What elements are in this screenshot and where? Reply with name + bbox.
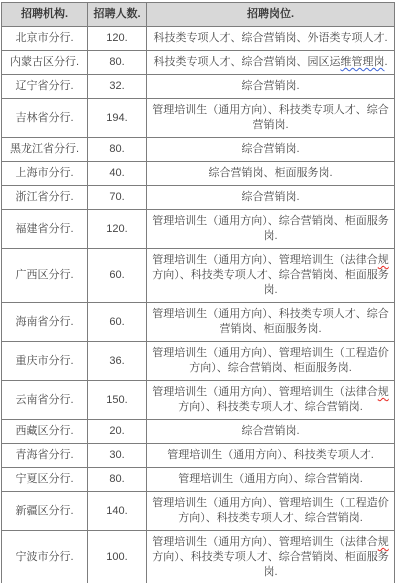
count-cell: 60. <box>88 303 147 342</box>
positions-cell: 管理培训生（通用方向）、科技类专项人才. <box>147 444 395 468</box>
spellcheck-wavy-underline-text: 规 <box>378 254 389 266</box>
count-cell: 80. <box>88 468 147 492</box>
positions-text: 管理培训生（通用方向）、管理培训生（法律合 <box>152 536 378 548</box>
table-row-beijing: 北京市分行. 120. 科技类专项人才、综合营销岗、外语类专项人才. <box>2 27 395 51</box>
count-cell: 80. <box>88 51 147 75</box>
positions-text: 科技类专项人才、综合营销岗、园区运 <box>153 56 340 68</box>
column-header-count: 招聘人数. <box>88 3 147 27</box>
table-row-ningxia: 宁夏区分行. 80. 管理培训生（通用方向）、综合营销岗. <box>2 468 395 492</box>
positions-cell: 管理培训生（通用方向）、科技类专项人才、综合营销岗、柜面服务岗. <box>147 303 395 342</box>
org-cell: 广西区分行. <box>2 249 88 303</box>
count-cell: 60. <box>88 249 147 303</box>
positions-cell: 综合营销岗. <box>147 75 395 99</box>
positions-text: 方向）、科技类专项人才、综合营销岗. <box>178 401 363 413</box>
table-row-jilin: 吉林省分行. 194. 管理培训生（通用方向）、科技类专项人才、综合营销岗. <box>2 99 395 138</box>
org-cell: 青海省分行. <box>2 444 88 468</box>
table-row-heilongjiang: 黑龙江省分行. 80. 综合营销岗. <box>2 138 395 162</box>
table-row-liaoning: 辽宁省分行. 32. 综合营销岗. <box>2 75 395 99</box>
count-cell: 80. <box>88 138 147 162</box>
org-cell: 宁夏区分行. <box>2 468 88 492</box>
table-row-hainan: 海南省分行. 60. 管理培训生（通用方向）、科技类专项人才、综合营销岗、柜面服… <box>2 303 395 342</box>
table-row-xizang: 西藏区分行. 20. 综合营销岗. <box>2 420 395 444</box>
org-cell: 新疆区分行. <box>2 492 88 531</box>
table-row-chongqing: 重庆市分行. 36. 管理培训生（通用方向）、管理培训生（工程造价方向）、综合营… <box>2 342 395 381</box>
positions-text: . <box>384 56 387 68</box>
table-row-xinjiang: 新疆区分行. 140. 管理培训生（通用方向）、管理培训生（工程造价方向）、科技… <box>2 492 395 531</box>
count-cell: 194. <box>88 99 147 138</box>
count-cell: 36. <box>88 342 147 381</box>
count-cell: 140. <box>88 492 147 531</box>
spellcheck-wavy-underline-text: 规 <box>378 386 389 398</box>
positions-cell: 综合营销岗. <box>147 138 395 162</box>
positions-cell: 综合营销岗. <box>147 186 395 210</box>
positions-text: 管理培训生（通用方向）、管理培训生（法律合 <box>152 254 378 266</box>
recruitment-table: 招聘机构. 招聘人数. 招聘岗位. 北京市分行. 120. 科技类专项人才、综合… <box>1 2 395 583</box>
org-cell: 黑龙江省分行. <box>2 138 88 162</box>
org-cell: 云南省分行. <box>2 381 88 420</box>
positions-cell: 综合营销岗. <box>147 420 395 444</box>
org-cell: 海南省分行. <box>2 303 88 342</box>
positions-cell: 管理培训生（通用方向）、综合营销岗、柜面服务岗. <box>147 210 395 249</box>
positions-cell: 管理培训生（通用方向）、管理培训生（法律合规方向）、科技类专项人才、综合营销岗. <box>147 381 395 420</box>
org-cell: 吉林省分行. <box>2 99 88 138</box>
column-header-positions: 招聘岗位. <box>147 3 395 27</box>
count-cell: 70. <box>88 186 147 210</box>
grammar-wavy-underline-text: 维管理岗 <box>340 56 384 68</box>
column-header-org: 招聘机构. <box>2 3 88 27</box>
positions-cell: 管理培训生（通用方向）、管理培训生（法律合规方向）、科技类专项人才、综合营销岗、… <box>147 249 395 303</box>
table-row-yunnan: 云南省分行. 150. 管理培训生（通用方向）、管理培训生（法律合规方向）、科技… <box>2 381 395 420</box>
org-cell: 内蒙古区分行. <box>2 51 88 75</box>
table-row-ningbo: 宁波市分行. 100. 管理培训生（通用方向）、管理培训生（法律合规方向）、科技… <box>2 531 395 583</box>
table-row-fujian: 福建省分行. 120. 管理培训生（通用方向）、综合营销岗、柜面服务岗. <box>2 210 395 249</box>
table-body: 北京市分行. 120. 科技类专项人才、综合营销岗、外语类专项人才. 内蒙古区分… <box>2 27 395 583</box>
positions-cell: 管理培训生（通用方向）、管理培训生（工程造价方向）、科技类专项人才、综合营销岗. <box>147 492 395 531</box>
count-cell: 120. <box>88 210 147 249</box>
positions-cell: 科技类专项人才、综合营销岗、园区运维管理岗. <box>147 51 395 75</box>
count-cell: 32. <box>88 75 147 99</box>
table-header: 招聘机构. 招聘人数. 招聘岗位. <box>2 3 395 27</box>
org-cell: 上海市分行. <box>2 162 88 186</box>
count-cell: 100. <box>88 531 147 583</box>
org-cell: 福建省分行. <box>2 210 88 249</box>
positions-text: 管理培训生（通用方向）、管理培训生（法律合 <box>152 386 378 398</box>
org-cell: 北京市分行. <box>2 27 88 51</box>
positions-text: 方向）、科技类专项人才、综合营销岗、柜面服务岗. <box>152 551 389 578</box>
count-cell: 150. <box>88 381 147 420</box>
positions-text: 方向）、科技类专项人才、综合营销岗、柜面服务岗. <box>152 269 389 296</box>
count-cell: 30. <box>88 444 147 468</box>
table-row-qinghai: 青海省分行. 30. 管理培训生（通用方向）、科技类专项人才. <box>2 444 395 468</box>
table-row-zhejiang: 浙江省分行. 70. 综合营销岗. <box>2 186 395 210</box>
positions-cell: 管理培训生（通用方向）、管理培训生（法律合规方向）、科技类专项人才、综合营销岗、… <box>147 531 395 583</box>
org-cell: 宁波市分行. <box>2 531 88 583</box>
org-cell: 浙江省分行. <box>2 186 88 210</box>
table-row-neimenggu: 内蒙古区分行. 80. 科技类专项人才、综合营销岗、园区运维管理岗. <box>2 51 395 75</box>
table-row-guangxi: 广西区分行. 60. 管理培训生（通用方向）、管理培训生（法律合规方向）、科技类… <box>2 249 395 303</box>
positions-cell: 管理培训生（通用方向）、科技类专项人才、综合营销岗. <box>147 99 395 138</box>
count-cell: 40. <box>88 162 147 186</box>
table-row-shanghai: 上海市分行. 40. 综合营销岗、柜面服务岗. <box>2 162 395 186</box>
header-row: 招聘机构. 招聘人数. 招聘岗位. <box>2 3 395 27</box>
count-cell: 20. <box>88 420 147 444</box>
org-cell: 重庆市分行. <box>2 342 88 381</box>
positions-cell: 管理培训生（通用方向）、管理培训生（工程造价方向）、综合营销岗、柜面服务岗. <box>147 342 395 381</box>
spellcheck-wavy-underline-text: 规 <box>378 536 389 548</box>
org-cell: 辽宁省分行. <box>2 75 88 99</box>
org-cell: 西藏区分行. <box>2 420 88 444</box>
positions-cell: 管理培训生（通用方向）、综合营销岗. <box>147 468 395 492</box>
positions-cell: 综合营销岗、柜面服务岗. <box>147 162 395 186</box>
count-cell: 120. <box>88 27 147 51</box>
positions-cell: 科技类专项人才、综合营销岗、外语类专项人才. <box>147 27 395 51</box>
